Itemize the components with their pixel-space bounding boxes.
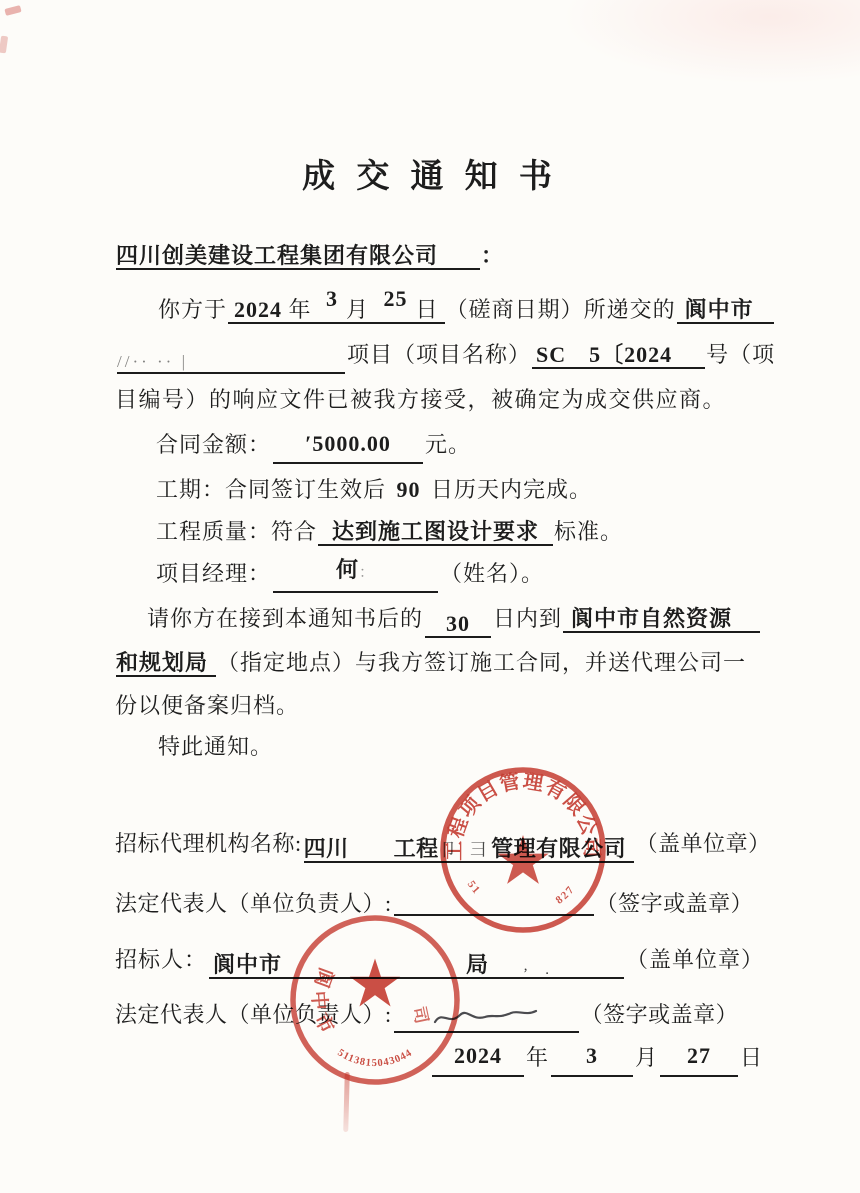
recipient-name: 四川创美建设工程集团有限公司: [116, 243, 480, 270]
duration-before: 工期：合同签订生效后: [156, 477, 386, 502]
svg-text:5113815043044: 5113815043044: [335, 1047, 414, 1069]
notice-place-line: 和规划局（指定地点）与我方签订施工合同，并送代理公司一: [115, 647, 746, 679]
official-seal-upper: 工程项目管理有限公司 51 827: [437, 766, 609, 939]
official-seal-lower: 阆中市 5113815043044 司: [285, 915, 465, 1090]
project-number: SC 5〔2024: [532, 342, 705, 369]
scanned-document-page: 成 交 通 知 书 四川创美建设工程集团有限公司： 你方于2024 年 3月 2…: [0, 0, 860, 1193]
agency-name-part1: 四川 工程: [304, 836, 439, 861]
duration-line: 工期：合同签订生效后 90 日历天内完成。: [156, 474, 592, 506]
quality-line: 工程质量：符合达到施工图设计要求标准。: [156, 516, 623, 548]
seal-bottom-digits: 5113815043044: [335, 1047, 414, 1069]
recipient-line: 四川创美建设工程集团有限公司：: [115, 240, 504, 272]
star-icon: [350, 959, 400, 1007]
legal-rep-label-1: 法定代表人（单位负责人）:: [115, 891, 392, 916]
sign-note-1: （签字或盖章）: [596, 891, 754, 916]
manager-name: 何: [336, 557, 359, 582]
svg-text:51: 51: [465, 879, 483, 898]
manager-line: 项目经理：何：（姓名）。: [156, 558, 544, 593]
seal-digits-left: 51: [465, 879, 483, 898]
month-unit: 月: [346, 297, 369, 322]
manager-label: 项目经理：: [156, 561, 271, 586]
seal-text-fragment: 司: [409, 1005, 431, 1026]
archive-line: 份以便备案归档。: [115, 690, 299, 722]
text-after-number: 号（项: [706, 342, 775, 367]
date-year: 2024: [234, 297, 282, 322]
day-unit: 日: [416, 297, 439, 322]
signoff-day: 27: [687, 1043, 711, 1068]
corner-stamp-fragment: [4, 5, 21, 16]
text-after-date: （磋商日期）所递交的: [446, 297, 676, 322]
signoff-month-unit: 月: [635, 1045, 658, 1070]
p2-lead: 请你方在接到本通知书后的: [147, 606, 423, 631]
contract-amount-value: ′5000.00: [305, 431, 391, 456]
manager-name-mark: ：: [359, 565, 375, 581]
place-part1: 阆中市自然资源: [563, 606, 760, 633]
year-unit: 年: [289, 297, 312, 322]
scan-smudge: [560, 0, 860, 85]
tenderer-seal-note: （盖单位章）: [626, 947, 764, 972]
signoff-month: 3: [586, 1043, 598, 1068]
star-icon: [497, 835, 548, 884]
duration-days: 90: [397, 477, 421, 502]
seal-ink-drip: [343, 1072, 350, 1132]
date-day: 25: [376, 286, 416, 311]
amount-label: 合同金额：: [156, 432, 271, 457]
seal-side-text: 阆中市: [307, 965, 342, 1043]
recipient-colon: ：: [481, 243, 504, 268]
svg-text:阆中市: 阆中市: [307, 965, 342, 1043]
amount-unit: 元。: [425, 432, 471, 457]
signoff-day-unit: 日: [740, 1045, 763, 1070]
p2-rest: （指定地点）与我方签订施工合同，并送代理公司一: [217, 650, 746, 675]
paragraph-project-line: //·· ·· |项目（项目名称）SC 5〔2024 号（项: [115, 339, 775, 374]
signoff-date-line: 2024年3月27日: [430, 1042, 763, 1077]
duration-after: 日历天内完成。: [431, 477, 592, 502]
doc-title: 成 交 通 知 书: [0, 150, 860, 197]
signoff-year-unit: 年: [526, 1045, 549, 1070]
paragraph-date-line: 你方于2024 年 3月 25日（磋商日期）所递交的阆中市: [158, 294, 775, 326]
text-lead: 你方于: [158, 297, 227, 322]
paragraph-accept-line: 目编号）的响应文件已被我方接受，被确定为成交供应商。: [115, 384, 726, 416]
sign-note-2: （签字或盖章）: [581, 1002, 739, 1027]
quality-label: 工程质量：符合: [156, 519, 317, 544]
manager-after: （姓名）。: [440, 561, 544, 586]
city-value: 阆中市: [677, 297, 774, 324]
notice-deadline-line: 请你方在接到本通知书后的30日内到阆中市自然资源: [147, 603, 761, 638]
contract-amount-line: 合同金额：′5000.00元。: [156, 429, 471, 464]
quality-after: 标准。: [554, 519, 623, 544]
seal-digits-right: 827: [554, 883, 578, 907]
redacted-text-fragments: //·· ·· |: [117, 352, 188, 371]
pen-marks: ’ ·: [523, 966, 557, 983]
svg-text:827: 827: [554, 883, 578, 907]
place-part2: 和规划局: [116, 650, 216, 677]
tenderer-label: 招标人：: [115, 947, 207, 972]
deadline-days: 30: [425, 610, 491, 638]
p2-mid: 日内到: [493, 606, 562, 631]
corner-stamp-fragment: [0, 36, 8, 54]
quality-value: 达到施工图设计要求: [318, 519, 553, 546]
closing-line: 特此通知。: [158, 731, 273, 763]
agency-seal-note: （盖单位章）: [636, 831, 771, 856]
agency-label: 招标代理机构名称:: [115, 831, 302, 856]
date-month: 3: [318, 286, 346, 311]
project-label: 项目（项目名称）: [347, 342, 531, 367]
